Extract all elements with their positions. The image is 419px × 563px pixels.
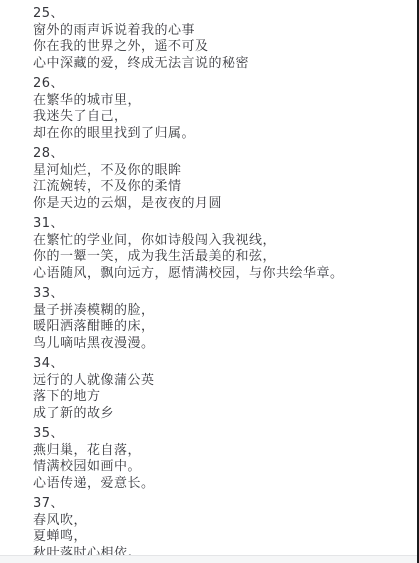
page-bottom-edge <box>0 555 417 563</box>
poem-notes-page: { "document": { "sections": [ { "number"… <box>0 0 419 563</box>
poem-list: 25、窗外的雨声诉说着我的心事你在我的世界之外，遥不可及心中深藏的爱，终成无法言… <box>33 6 407 563</box>
poem-line: 暖阳洒落酣睡的床， <box>33 319 407 336</box>
poem-line: 在繁华的城市里， <box>33 93 407 110</box>
poem-line: 心语随风，飘向远方，愿情满校园，与你共绘华章。 <box>33 266 407 283</box>
poem-number: 31、 <box>33 216 407 233</box>
poem-line: 你在我的世界之外，遥不可及 <box>33 39 407 56</box>
poem-section: 25、窗外的雨声诉说着我的心事你在我的世界之外，遥不可及心中深藏的爱，终成无法言… <box>33 6 407 72</box>
poem-line: 窗外的雨声诉说着我的心事 <box>33 23 407 40</box>
poem-line: 情满校园如画中。 <box>33 459 407 476</box>
poem-line: 心语传递，爱意长。 <box>33 476 407 493</box>
poem-line: 在繁忙的学业间，你如诗般闯入我视线， <box>33 233 407 250</box>
poem-line: 你的一颦一笑，成为我生活最美的和弦， <box>33 249 407 266</box>
poem-line: 成了新的故乡 <box>33 406 407 423</box>
poem-section: 31、在繁忙的学业间，你如诗般闯入我视线，你的一颦一笑，成为我生活最美的和弦，心… <box>33 216 407 282</box>
poem-line: 鸟儿嘀咕黑夜漫漫。 <box>33 336 407 353</box>
poem-section: 26、在繁华的城市里，我迷失了自己，却在你的眼里找到了归属。 <box>33 76 407 142</box>
poem-line: 燕归巢，花自落， <box>33 443 407 460</box>
poem-line: 你是天边的云烟，是夜夜的月圆 <box>33 196 407 213</box>
poem-section: 33、量子拼凑模糊的脸，暖阳洒落酣睡的床，鸟儿嘀咕黑夜漫漫。 <box>33 286 407 352</box>
poem-number: 28、 <box>33 146 407 163</box>
poem-number: 35、 <box>33 426 407 443</box>
poem-number: 37、 <box>33 496 407 513</box>
poem-section: 34、远行的人就像蒲公英落下的地方成了新的故乡 <box>33 356 407 422</box>
poem-number: 25、 <box>33 6 407 23</box>
poem-line: 星河灿烂，不及你的眼眸 <box>33 163 407 180</box>
poem-section: 37、春风吹，夏蝉鸣，秋叶落时心相依。 <box>33 496 407 562</box>
poem-line: 远行的人就像蒲公英 <box>33 373 407 390</box>
poem-line: 却在你的眼里找到了归属。 <box>33 126 407 143</box>
poem-line: 春风吹， <box>33 513 407 530</box>
poem-number: 34、 <box>33 356 407 373</box>
poem-line: 量子拼凑模糊的脸， <box>33 303 407 320</box>
poem-line: 我迷失了自己， <box>33 109 407 126</box>
poem-line: 江流婉转，不及你的柔情 <box>33 179 407 196</box>
poem-section: 35、燕归巢，花自落，情满校园如画中。心语传递，爱意长。 <box>33 426 407 492</box>
poem-line: 夏蝉鸣， <box>33 529 407 546</box>
poem-line: 落下的地方 <box>33 389 407 406</box>
poem-section: 28、星河灿烂，不及你的眼眸江流婉转，不及你的柔情你是天边的云烟，是夜夜的月圆 <box>33 146 407 212</box>
poem-line: 心中深藏的爱，终成无法言说的秘密 <box>33 56 407 73</box>
poem-number: 26、 <box>33 76 407 93</box>
poem-number: 33、 <box>33 286 407 303</box>
